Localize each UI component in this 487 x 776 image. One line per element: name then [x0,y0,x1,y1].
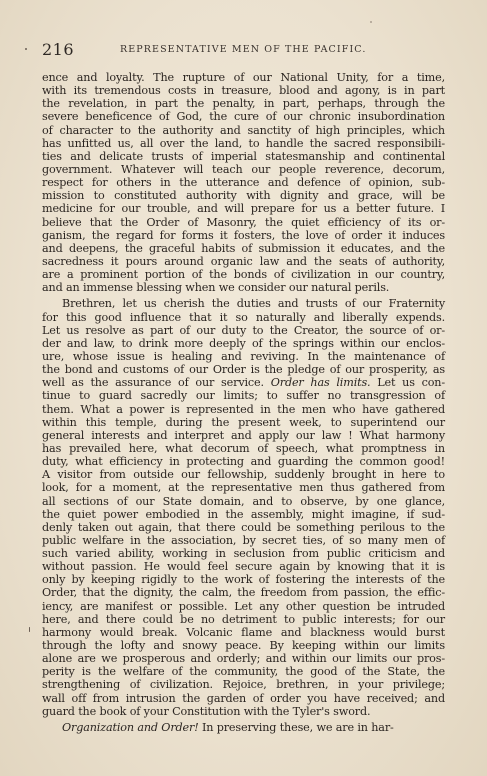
text-line: believe that the Order of Masonry, the q… [42,216,445,229]
italic-phrase: Organization and Order! [62,721,199,734]
text-line: government. Whatever will teach our peop… [42,163,445,176]
running-title: REPRESENTATIVE MEN OF THE PACIFIC. [120,44,366,55]
text-line: ganism, the regard for forms it fosters,… [42,229,445,242]
text-line: Order, that the dignity, the calm, the f… [42,586,445,599]
text-line: has unfitted us, all over the land, to h… [42,137,445,150]
text-line: them. What a power is represented in the… [42,403,445,416]
text-line: perity is the welfare of the community, … [42,665,445,678]
italic-phrase: Order has limits. [271,376,371,389]
text-line: duty, what efficiency in protecting and … [42,455,445,468]
paragraph-1: ence and loyalty. The rupture of our Nat… [42,71,445,294]
text-line: wall off from intrusion the garden of or… [42,692,445,705]
text-line: alone are we prosperous and orderly; and… [42,652,445,665]
text-line: and deepens, the graceful habits of subm… [42,242,445,255]
text-line: look, for a moment, at the representativ… [42,481,445,494]
text-line: the quiet power embodied in the assembly… [42,508,445,521]
text-line: are a prominent portion of the bonds of … [42,268,445,281]
text-line: of character to the authority and sancti… [42,124,445,137]
paper-speck [25,48,27,50]
text-line: der and law, to drink more deeply of the… [42,337,445,350]
text-line: strengthening of civilization. Rejoice, … [42,678,445,691]
text-line: within this temple, during the present w… [42,416,445,429]
text-line: general interests and interpret and appl… [42,429,445,442]
text-line: denly taken out again, that there could … [42,521,445,534]
text-line: Brethren, let us cherish the duties and … [42,297,445,310]
text-line: Let us resolve as part of our duty to th… [42,324,445,337]
text-line: respect for others in the utterance and … [42,176,445,189]
text-line: without passion. He would feel secure ag… [42,560,445,573]
text-line: with its tremendous costs in treasure, b… [42,84,445,97]
text-line: tinue to guard sacredly our limits; to s… [42,389,445,402]
paragraph-2: Brethren, let us cherish the duties and … [42,297,445,718]
paragraph-3: Organization and Order! In preserving th… [42,721,445,734]
text-line: here, and there could be no detriment to… [42,613,445,626]
text-line: and an immense blessing when we consider… [42,281,445,294]
line-text: well as the assurance of our service. [42,376,271,389]
text-line: the revelation, in part the penalty, in … [42,97,445,110]
page-header: 216 REPRESENTATIVE MEN OF THE PACIFIC. [42,40,444,58]
text-line: the bond and customs of our Order is the… [42,363,445,376]
text-line: mission to constituted authority with di… [42,189,445,202]
text-line: medicine for our trouble, and will prepa… [42,202,445,215]
text-line: all sections of our State domain, and to… [42,495,445,508]
body-text: ence and loyalty. The rupture of our Nat… [42,71,445,734]
paper-speck [370,21,372,23]
text-line: well as the assurance of our service. Or… [42,376,445,389]
text-line: harmony would break. Volcanic flame and … [42,626,445,639]
text-line: has prevailed here, what decorum of spee… [42,442,445,455]
paper-speck [29,627,30,632]
text-line: ure, whose issue is healing and reviving… [42,350,445,363]
text-line: only by keeping rigidly to the work of f… [42,573,445,586]
page-number: 216 [42,40,74,59]
line-text: Let us con- [370,376,445,389]
text-line: severe beneficence of God, the cure of o… [42,110,445,123]
text-line: such varied ability, working in seclusio… [42,547,445,560]
text-line: ties and delicate trusts of imperial sta… [42,150,445,163]
text-line: iency, are manifest or possible. Let any… [42,600,445,613]
text-line: A visitor from outside our fellowship, s… [42,468,445,481]
text-line: for this good influence that it so natur… [42,311,445,324]
line-text: In preserving these, we are in har- [199,721,394,734]
text-line: public welfare in the association, by se… [42,534,445,547]
text-line: guard the book of your Constitution with… [42,705,445,718]
text-line: sacredness it pours around organic law a… [42,255,445,268]
text-line: ence and loyalty. The rupture of our Nat… [42,71,445,84]
text-line: through the lofty and snowy peace. By ke… [42,639,445,652]
text-line: Organization and Order! In preserving th… [42,721,445,734]
